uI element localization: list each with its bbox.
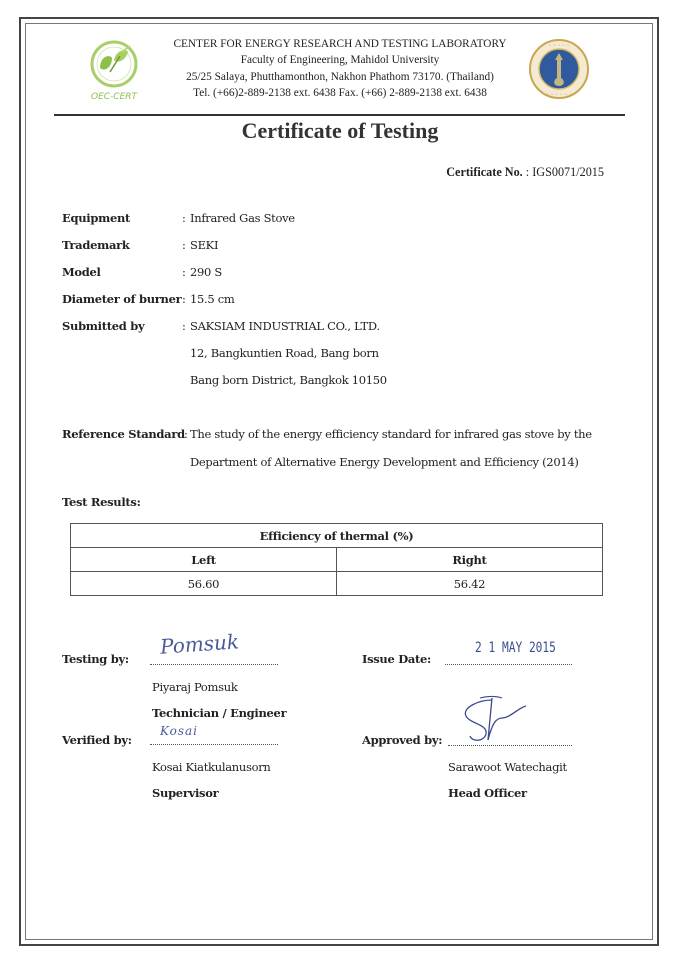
svg-text:◦ ◦ ◦ ◦ ◦ ◦: ◦ ◦ ◦ ◦ ◦ ◦ [546, 92, 572, 98]
verified-signature: Kosai [160, 724, 198, 738]
reference-standard-colon: : [184, 427, 188, 441]
logo-text: OEC-CERT [82, 92, 146, 102]
approved-name: Sarawoot Watechagit [448, 760, 567, 774]
field-value-submitted-by: SAKSIAM INDUSTRIAL CO., LTD. [190, 319, 380, 333]
svg-text:◦ ◦ ◦ ◦ ◦: ◦ ◦ ◦ ◦ ◦ [548, 43, 569, 49]
issue-date-label: Issue Date: [362, 652, 431, 666]
approved-role: Head Officer [448, 786, 527, 800]
table-row: 56.60 56.42 [71, 572, 603, 596]
submitter-address-line-1: 12, Bangkuntien Road, Bang born [190, 346, 379, 360]
oec-cert-logo: OEC-CERT [86, 38, 142, 108]
certificate-title: Certificate of Testing [150, 118, 530, 144]
reference-standard-label: Reference Standard [62, 427, 185, 441]
field-colon: : [182, 211, 186, 225]
organization-contact: Tel. (+66)2-889-2138 ext. 6438 Fax. (+66… [150, 85, 530, 101]
university-seal-icon: ◦ ◦ ◦ ◦ ◦ ◦ ◦ ◦ ◦ ◦ ◦ [528, 38, 590, 100]
certificate-number: Certificate No. : IGS0071/2015 [446, 165, 604, 180]
column-header-right: Right [337, 548, 603, 572]
reference-standard-line-2: Department of Alternative Energy Develop… [190, 455, 579, 469]
field-colon: : [182, 319, 186, 333]
inner-border [25, 23, 653, 940]
reference-standard-line-1: The study of the energy efficiency stand… [190, 427, 592, 441]
value-left: 56.60 [71, 572, 337, 596]
field-colon: : [182, 292, 186, 306]
approved-signature-line [448, 745, 572, 746]
verified-by-label: Verified by: [62, 733, 132, 747]
header-divider [54, 114, 625, 116]
verified-signature-line [150, 744, 278, 745]
results-table: Efficiency of thermal (%) Left Right 56.… [70, 523, 603, 596]
field-label-trademark: Trademark [62, 238, 130, 252]
field-label-burner-diameter: Diameter of burner [62, 292, 181, 306]
table-title: Efficiency of thermal (%) [71, 524, 603, 548]
certificate-number-sep: : [523, 165, 532, 179]
organization-name: CENTER FOR ENERGY RESEARCH AND TESTING L… [150, 36, 530, 52]
test-results-label: Test Results: [62, 495, 141, 509]
submitter-address-line-2: Bang born District, Bangkok 10150 [190, 373, 387, 387]
field-value-model: 290 S [190, 265, 222, 279]
table-title-row: Efficiency of thermal (%) [71, 524, 603, 548]
issue-date-line [445, 664, 572, 665]
verified-role: Supervisor [152, 786, 218, 800]
field-label-model: Model [62, 265, 101, 279]
certificate-number-value: IGS0071/2015 [532, 165, 604, 179]
table-header-row: Left Right [71, 548, 603, 572]
approved-signature-icon [458, 694, 538, 748]
testing-name: Piyaraj Pomsuk [152, 680, 238, 694]
faculty-name: Faculty of Engineering, Mahidol Universi… [150, 52, 530, 68]
issue-date-stamp: 2 1 MAY 2015 [475, 640, 556, 656]
approved-by-label: Approved by: [362, 733, 442, 747]
field-value-equipment: Infrared Gas Stove [190, 211, 295, 225]
testing-by-label: Testing by: [62, 652, 129, 666]
verified-name: Kosai Kiatkulanusorn [152, 760, 271, 774]
field-value-burner-diameter: 15.5 cm [190, 292, 235, 306]
field-value-trademark: SEKI [190, 238, 218, 252]
certificate-number-label: Certificate No. [446, 165, 522, 179]
testing-signature-line [150, 664, 278, 665]
field-colon: : [182, 238, 186, 252]
field-label-submitted-by: Submitted by [62, 319, 144, 333]
field-colon: : [182, 265, 186, 279]
field-label-equipment: Equipment [62, 211, 130, 225]
value-right: 56.42 [337, 572, 603, 596]
mahidol-seal: ◦ ◦ ◦ ◦ ◦ ◦ ◦ ◦ ◦ ◦ ◦ [528, 38, 590, 100]
testing-role: Technician / Engineer [152, 706, 286, 720]
organization-address: 25/25 Salaya, Phutthamonthon, Nakhon Pha… [150, 69, 530, 85]
column-header-left: Left [71, 548, 337, 572]
